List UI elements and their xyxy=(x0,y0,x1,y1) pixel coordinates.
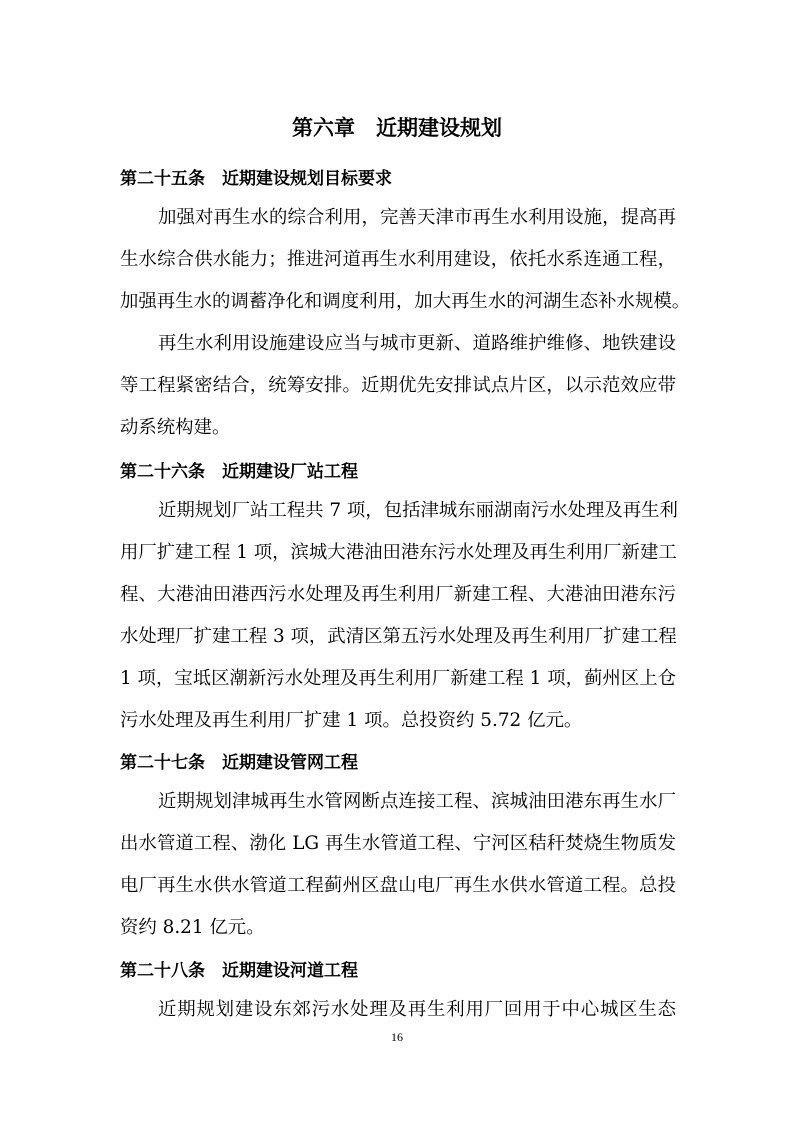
paragraph-line: 1 项，宝坻区潮新污水处理及再生利用厂新建工程 1 项，蓟州区上仓 xyxy=(120,667,676,691)
paragraph-line: 再生水利用设施建设应当与城市更新、道路维护维修、地铁建设 xyxy=(158,332,676,356)
paragraph-line: 加强对再生水的综合利用，完善天津市再生水利用设施，提高再 xyxy=(158,206,676,230)
paragraph-line: 近期规划厂站工程共 7 项，包括津城东丽湖南污水处理及再生利 xyxy=(158,499,676,523)
section-heading-27: 第二十七条 近期建设管网工程 xyxy=(120,748,358,773)
section-heading-26: 第二十六条 近期建设厂站工程 xyxy=(120,457,358,482)
section-heading-28: 第二十八条 近期建设河道工程 xyxy=(120,956,358,981)
paragraph-line: 用厂扩建工程 1 项，滨城大港油田港东污水处理及再生利用厂新建工 xyxy=(120,541,676,565)
paragraph-line: 资约 8.21 亿元。 xyxy=(120,916,676,940)
paragraph-line: 加强再生水的调蓄净化和调度利用，加大再生水的河湖生态补水规模。 xyxy=(120,290,676,314)
paragraph-line: 出水管道工程、渤化 LG 再生水管道工程、宁河区秸秆焚烧生物质发 xyxy=(120,832,676,856)
paragraph-line: 生水综合供水能力；推进河道再生水利用建设，依托水系连通工程， xyxy=(120,248,676,272)
paragraph-line: 污水处理及再生利用厂扩建 1 项。总投资约 5.72 亿元。 xyxy=(120,709,676,733)
paragraph-line: 近期规划津城再生水管网断点连接工程、滨城油田港东再生水厂 xyxy=(158,790,676,814)
page-number: 16 xyxy=(0,1030,794,1045)
paragraph-line: 动系统构建。 xyxy=(120,416,676,440)
paragraph-line: 近期规划建设东郊污水处理及再生利用厂回用于中心城区生态 xyxy=(158,998,676,1022)
chapter-title: 第六章 近期建设规划 xyxy=(0,112,794,142)
paragraph-line: 程、大港油田港西污水处理及再生利用厂新建工程、大港油田港东污 xyxy=(120,583,676,607)
paragraph-line: 电厂再生水供水管道工程蓟州区盘山电厂再生水供水管道工程。总投 xyxy=(120,874,676,898)
paragraph-line: 等工程紧密结合，统筹安排。近期优先安排试点片区，以示范效应带 xyxy=(120,374,676,398)
paragraph-line: 水处理厂扩建工程 3 项，武清区第五污水处理及再生利用厂扩建工程 xyxy=(120,625,676,649)
section-heading-25: 第二十五条 近期建设规划目标要求 xyxy=(120,164,392,189)
